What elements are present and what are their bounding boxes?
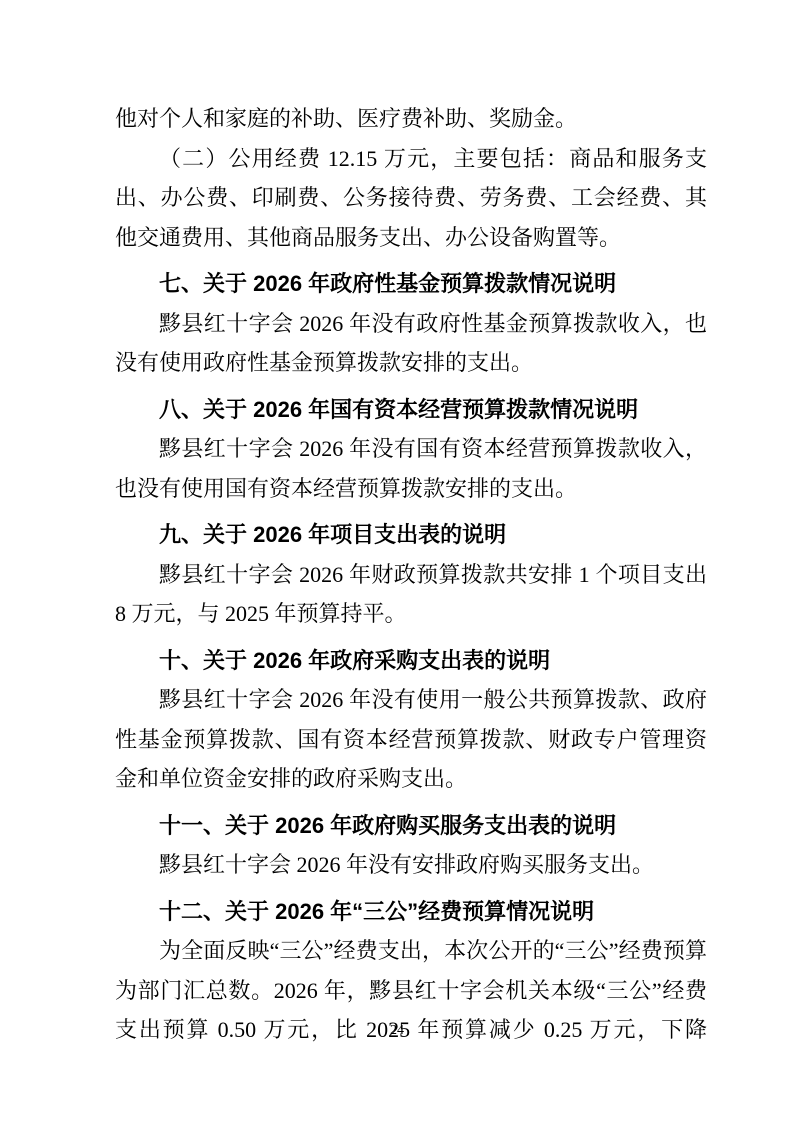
paragraph-section-10: 黟县红十字会 2026 年没有使用一般公共预算拨款、政府性基金预算拨款、国有资本… bbox=[115, 680, 707, 799]
paragraph-public-funds: （二）公用经费 12.15 万元，主要包括：商品和服务支出、办公费、印刷费、公务… bbox=[115, 139, 707, 258]
section-heading-11: 十一、关于 2026 年政府购买服务支出表的说明 bbox=[115, 806, 707, 846]
page-number: 24 bbox=[0, 1022, 794, 1040]
section-heading-7: 七、关于 2026 年政府性基金预算拨款情况说明 bbox=[115, 264, 707, 304]
section-heading-12: 十二、关于 2026 年“三公”经费预算情况说明 bbox=[115, 892, 707, 932]
paragraph-section-11: 黟县红十字会 2026 年没有安排政府购买服务支出。 bbox=[115, 845, 707, 885]
paragraph-continuation: 他对个人和家庭的补助、医疗费补助、奖励金。 bbox=[115, 99, 707, 139]
paragraph-section-8: 黟县红十字会 2026 年没有国有资本经营预算拨款收入，也没有使用国有资本经营预… bbox=[115, 429, 707, 508]
paragraph-section-7: 黟县红十字会 2026 年没有政府性基金预算拨款收入，也没有使用政府性基金预算拨… bbox=[115, 304, 707, 383]
document-page: 他对个人和家庭的补助、医疗费补助、奖励金。 （二）公用经费 12.15 万元，主… bbox=[0, 0, 794, 1122]
section-heading-10: 十、关于 2026 年政府采购支出表的说明 bbox=[115, 641, 707, 681]
section-heading-8: 八、关于 2026 年国有资本经营预算拨款情况说明 bbox=[115, 390, 707, 430]
document-content: 他对个人和家庭的补助、医疗费补助、奖励金。 （二）公用经费 12.15 万元，主… bbox=[115, 99, 707, 1050]
paragraph-section-9: 黟县红十字会 2026 年财政预算拨款共安排 1 个项目支出 8 万元，与 20… bbox=[115, 555, 707, 634]
section-heading-9: 九、关于 2026 年项目支出表的说明 bbox=[115, 515, 707, 555]
